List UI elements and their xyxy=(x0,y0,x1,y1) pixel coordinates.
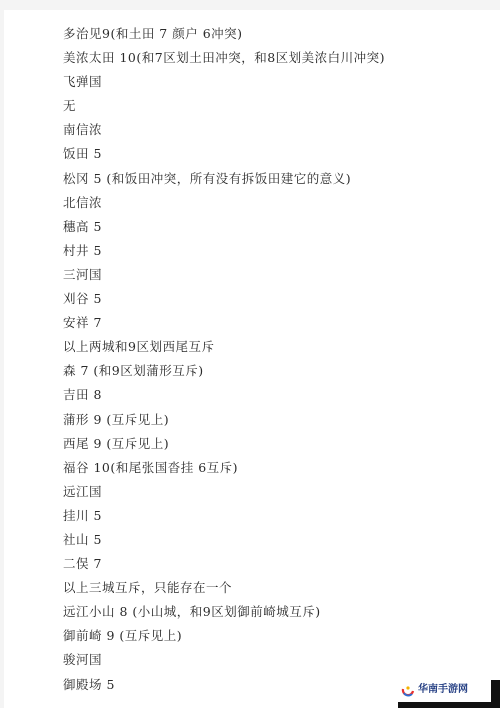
watermark-subtitle xyxy=(418,695,468,699)
text-line: 安祥 7 xyxy=(63,311,385,335)
text-line: 骏河国 xyxy=(63,648,385,672)
text-line: 多治见9(和土田 7 颜户 6冲突) xyxy=(63,22,385,46)
text-line: 西尾 9 (互斥见上) xyxy=(63,432,385,456)
text-line: 松冈 5 (和饭田冲突，所有没有拆饭田建它的意义) xyxy=(63,167,385,191)
text-line: 飞弹国 xyxy=(63,70,385,94)
text-line: 无 xyxy=(63,94,385,118)
text-line: 三河国 xyxy=(63,263,385,287)
watermark-badge: 华南手游网 xyxy=(398,680,491,702)
text-line: 南信浓 xyxy=(63,118,385,142)
text-lines: 多治见9(和土田 7 颜户 6冲突) 美浓太田 10(和7区划土田冲突，和8区划… xyxy=(63,22,385,697)
text-line: 美浓太田 10(和7区划土田冲突，和8区划美浓白川冲突) xyxy=(63,46,385,70)
text-line: 吉田 8 xyxy=(63,383,385,407)
text-line: 森 7 (和9区划蒲形互斥) xyxy=(63,359,385,383)
document-page: 多治见9(和土田 7 颜户 6冲突) 美浓太田 10(和7区划土田冲突，和8区划… xyxy=(4,10,500,708)
text-line: 福谷 10(和尾张国沓挂 6互斥) xyxy=(63,456,385,480)
text-line: 饭田 5 xyxy=(63,142,385,166)
text-line: 蒲形 9 (互斥见上) xyxy=(63,408,385,432)
text-line: 村井 5 xyxy=(63,239,385,263)
text-line: 御殿场 5 xyxy=(63,673,385,697)
text-line: 二俣 7 xyxy=(63,552,385,576)
watermark-title: 华南手游网 xyxy=(418,684,468,695)
text-line: 御前崎 9 (互斥见上) xyxy=(63,624,385,648)
text-line: 穗高 5 xyxy=(63,215,385,239)
text-line: 以上两城和9区划西尾互斥 xyxy=(63,335,385,359)
text-line: 远江小山 8 (小山城，和9区划御前崎城互斥) xyxy=(63,600,385,624)
text-line: 社山 5 xyxy=(63,528,385,552)
text-line: 刈谷 5 xyxy=(63,287,385,311)
text-line: 挂川 5 xyxy=(63,504,385,528)
watermark: 华南手游网 xyxy=(398,680,500,708)
swirl-logo-icon xyxy=(401,684,415,698)
text-line: 以上三城互斥，只能存在一个 xyxy=(63,576,385,600)
text-line: 远江国 xyxy=(63,480,385,504)
text-line: 北信浓 xyxy=(63,191,385,215)
